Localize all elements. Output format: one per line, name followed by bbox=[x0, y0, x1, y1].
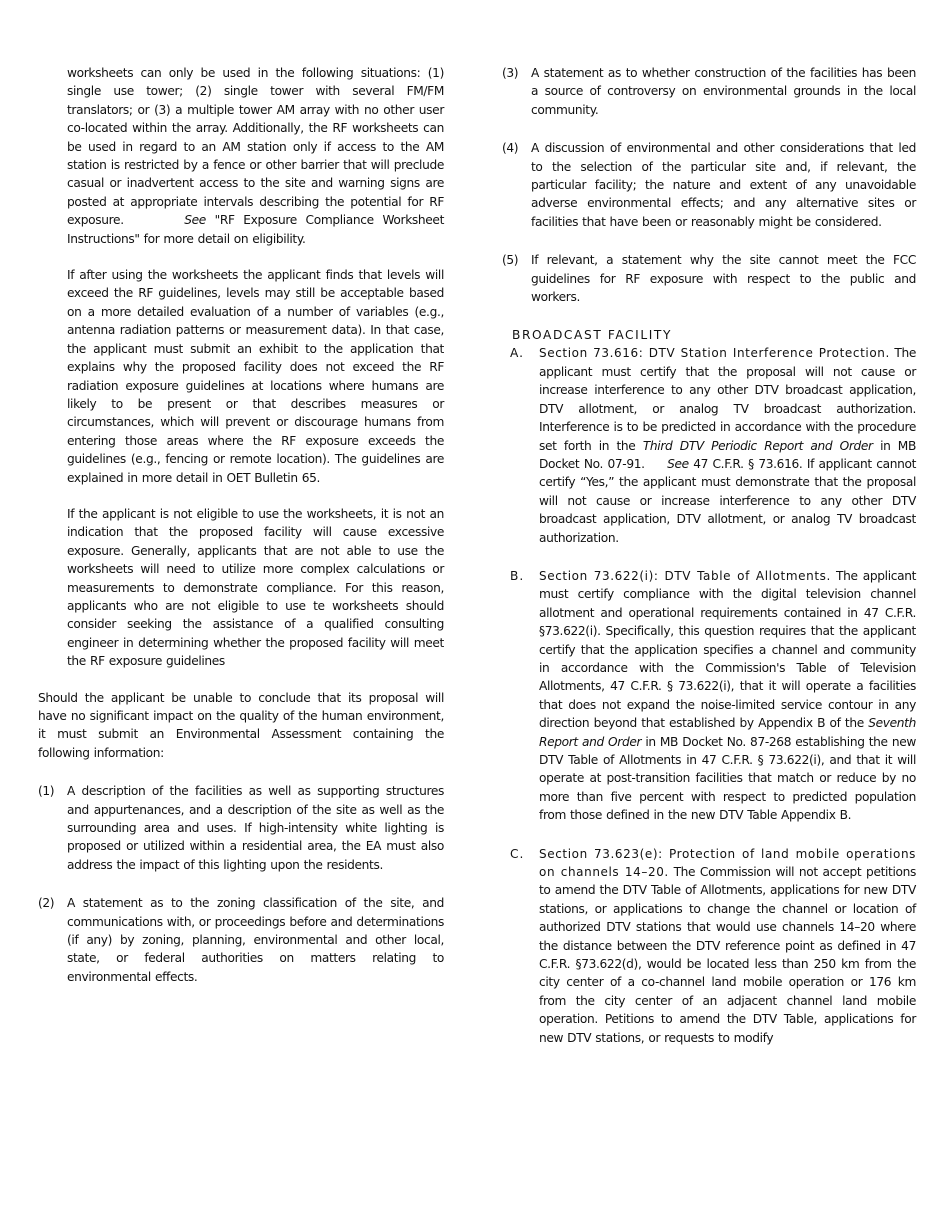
item-text: If relevant, a statement why the site ca… bbox=[531, 253, 916, 304]
section-c: C. Section 73.623(e): Protection of land… bbox=[510, 845, 916, 1047]
section-body: The applicant must certify that the prop… bbox=[539, 346, 916, 452]
section-letter: C. bbox=[510, 845, 524, 863]
environmental-assessment-paragraph: Should the applicant be unable to conclu… bbox=[38, 689, 444, 763]
item-number: (3) bbox=[502, 64, 518, 82]
section-b: B. Section 73.622(i): DTV Table of Allot… bbox=[510, 567, 916, 825]
ea-item-2: (2) A statement as to the zoning classif… bbox=[38, 894, 444, 986]
rf-worksheet-eligibility-paragraph: worksheets can only be used in the follo… bbox=[67, 64, 444, 248]
ea-item-3: (3) A statement as to whether constructi… bbox=[502, 64, 916, 119]
section-letter: A. bbox=[510, 344, 524, 362]
broadcast-facility-heading: BROADCAST FACILITY bbox=[512, 326, 916, 344]
document-page: worksheets can only be used in the follo… bbox=[0, 0, 950, 1230]
section-title: Section 73.622(i): DTV Table of Allotmen… bbox=[539, 569, 831, 583]
paragraph-text: worksheets can only be used in the follo… bbox=[67, 66, 444, 227]
section-letter: B. bbox=[510, 567, 524, 585]
item-text: A statement as to whether construction o… bbox=[531, 66, 916, 117]
item-number: (4) bbox=[502, 139, 518, 157]
not-eligible-paragraph: If the applicant is not eligible to use … bbox=[67, 505, 444, 671]
ea-item-4: (4) A discussion of environmental and ot… bbox=[502, 139, 916, 231]
item-number: (5) bbox=[502, 251, 518, 269]
item-number: (1) bbox=[38, 782, 54, 800]
section-italic-citation: Third DTV Periodic Report and Order bbox=[643, 439, 873, 453]
item-text: A discussion of environmental and other … bbox=[531, 141, 916, 229]
rf-exceed-guidelines-paragraph: If after using the worksheets the applic… bbox=[67, 266, 444, 487]
left-column: worksheets can only be used in the follo… bbox=[38, 64, 444, 986]
item-number: (2) bbox=[38, 894, 54, 912]
right-column: (3) A statement as to whether constructi… bbox=[502, 64, 916, 1047]
section-body: The applicant must certify compliance wi… bbox=[539, 569, 916, 730]
ea-item-1: (1) A description of the facilities as w… bbox=[38, 782, 444, 874]
item-text: A description of the facilities as well … bbox=[67, 784, 444, 872]
see-reference: See bbox=[184, 213, 206, 227]
ea-item-5: (5) If relevant, a statement why the sit… bbox=[502, 251, 916, 306]
section-title: Section 73.616: DTV Station Interference… bbox=[539, 346, 890, 360]
item-text: A statement as to the zoning classificat… bbox=[67, 896, 444, 984]
section-a: A. Section 73.616: DTV Station Interfere… bbox=[510, 344, 916, 546]
paragraph-text: "RF Exposure Compliance Worksheet Instru… bbox=[67, 213, 444, 245]
see-reference: See bbox=[667, 457, 689, 471]
section-body: The Commission will not accept petitions… bbox=[539, 865, 916, 1045]
